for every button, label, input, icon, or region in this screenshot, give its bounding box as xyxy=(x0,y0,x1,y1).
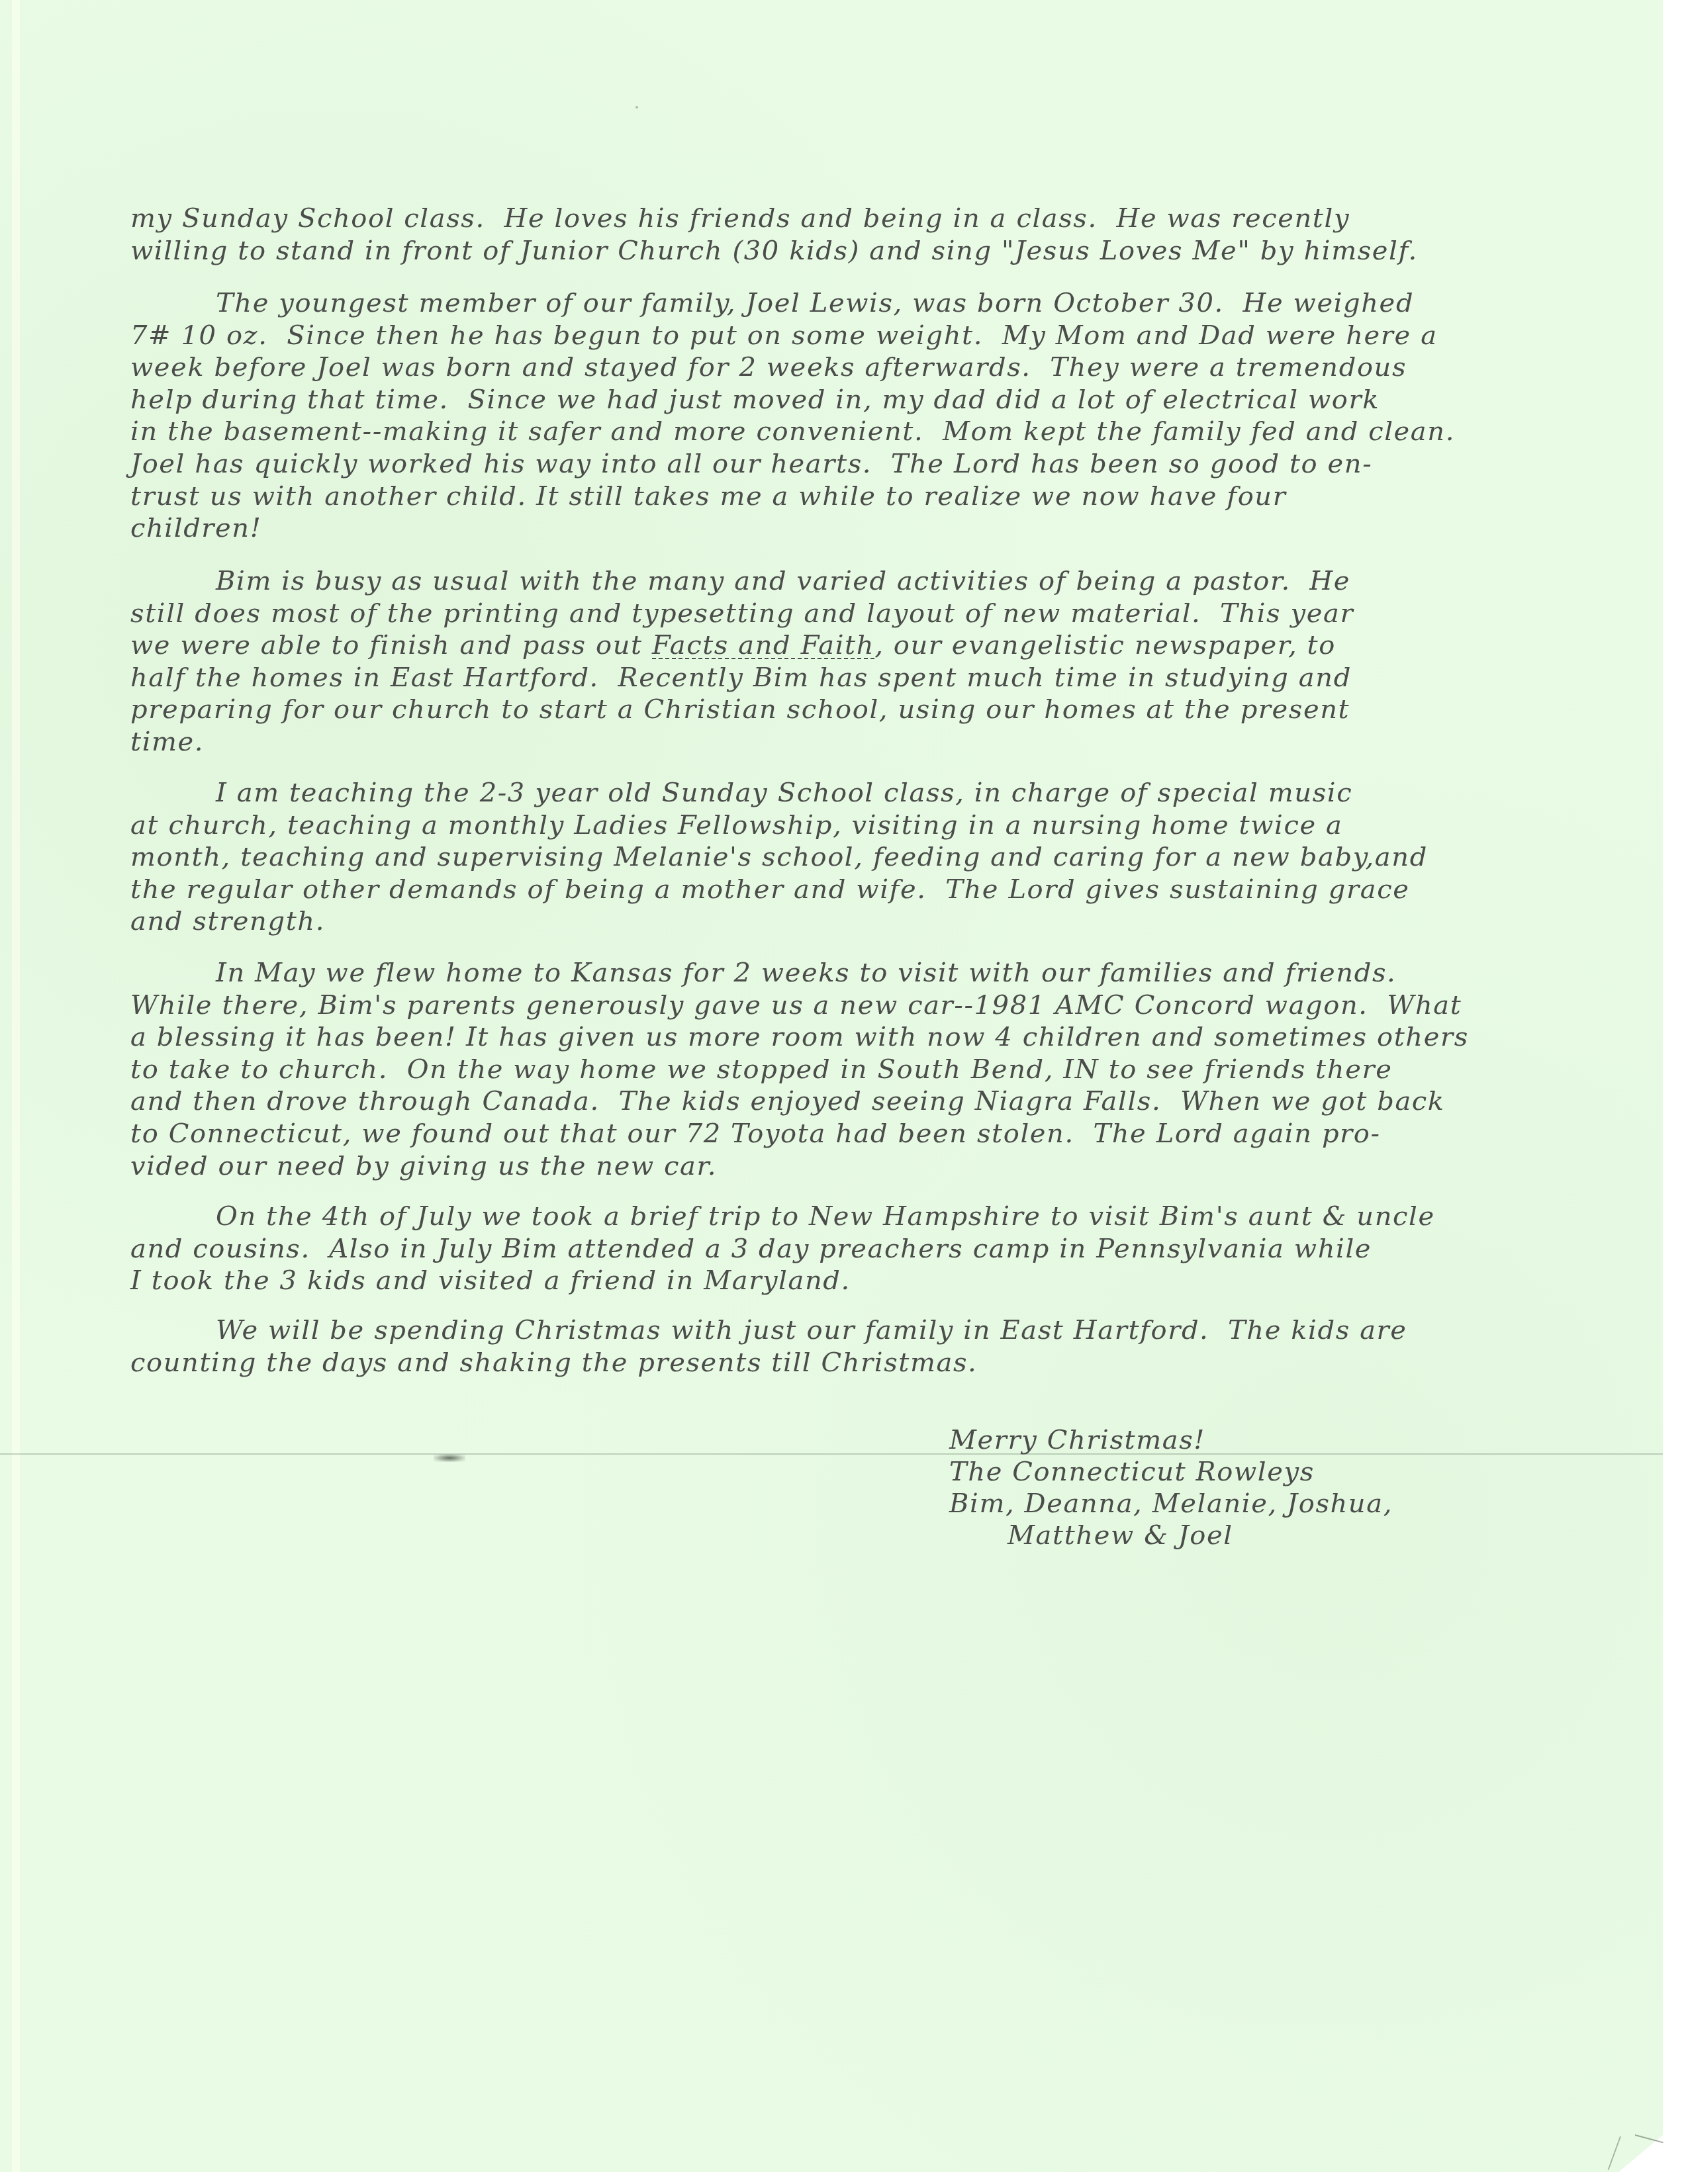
letter-line: month, teaching and supervising Melanie'… xyxy=(130,841,1428,873)
letter-line: we were able to finish and pass out Fact… xyxy=(130,629,1336,661)
letter-line: my Sunday School class. He loves his fri… xyxy=(130,203,1350,234)
letter-line: help during that time. Since we had just… xyxy=(130,384,1380,416)
letter-line: time. xyxy=(130,726,204,758)
letter-line: the regular other demands of being a mot… xyxy=(130,874,1409,905)
letter-line: In May we flew home to Kansas for 2 week… xyxy=(216,957,1396,989)
letter-line: week before Joel was born and stayed for… xyxy=(130,351,1407,383)
letter-line: children! xyxy=(130,512,261,544)
letter-line: On the 4th of July we took a brief trip … xyxy=(216,1201,1435,1232)
letter-line: I am teaching the 2-3 year old Sunday Sc… xyxy=(216,777,1352,809)
letter-line: willing to stand in front of Junior Chur… xyxy=(130,235,1418,267)
letter-line: half the homes in East Hartford. Recentl… xyxy=(130,662,1352,694)
letter-line: and then drove through Canada. The kids … xyxy=(130,1085,1445,1117)
letter-line: and cousins. Also in July Bim attended a… xyxy=(130,1233,1372,1265)
scan-edge-highlight xyxy=(12,0,20,2172)
signature-closing: Merry Christmas! xyxy=(949,1424,1205,1456)
letter-line: and strength. xyxy=(130,905,325,937)
letter-line: Bim is busy as usual with the many and v… xyxy=(216,565,1350,597)
letter-line: We will be spending Christmas with just … xyxy=(216,1314,1407,1346)
letter-line: The youngest member of our family, Joel … xyxy=(216,287,1414,319)
letter-line: at church, teaching a monthly Ladies Fel… xyxy=(130,809,1342,841)
signature-names-continued: Matthew & Joel xyxy=(1008,1520,1233,1551)
letter-line: 7# 10 oz. Since then he has begun to put… xyxy=(130,320,1438,351)
signature-names: Bim, Deanna, Melanie, Joshua, xyxy=(949,1488,1393,1520)
letter-line: Joel has quickly worked his way into all… xyxy=(130,448,1372,480)
letter-line: still does most of the printing and type… xyxy=(130,598,1354,629)
letter-line: in the basement--making it safer and mor… xyxy=(130,416,1455,447)
paper-fold-line xyxy=(0,1453,1663,1455)
letter-page: my Sunday School class. He loves his fri… xyxy=(0,0,1663,2172)
letter-line: preparing for our church to start a Chri… xyxy=(130,694,1350,725)
letter-line: a blessing it has been! It has given us … xyxy=(130,1021,1469,1053)
paper-speck xyxy=(635,106,638,109)
letter-line: counting the days and shaking the presen… xyxy=(130,1347,977,1379)
letter-line: While there, Bim's parents generously ga… xyxy=(130,989,1462,1021)
signature-family: The Connecticut Rowleys xyxy=(949,1456,1315,1488)
letter-line: trust us with another child. It still ta… xyxy=(130,480,1286,512)
underlined-title: Facts and Faith xyxy=(652,630,874,660)
fold-smudge xyxy=(434,1454,465,1462)
letter-line: to Connecticut, we found out that our 72… xyxy=(130,1118,1381,1150)
letter-line: to take to church. On the way home we st… xyxy=(130,1054,1392,1085)
letter-line: I took the 3 kids and visited a friend i… xyxy=(130,1265,851,1297)
letter-line: vided our need by giving us the new car. xyxy=(130,1150,717,1182)
